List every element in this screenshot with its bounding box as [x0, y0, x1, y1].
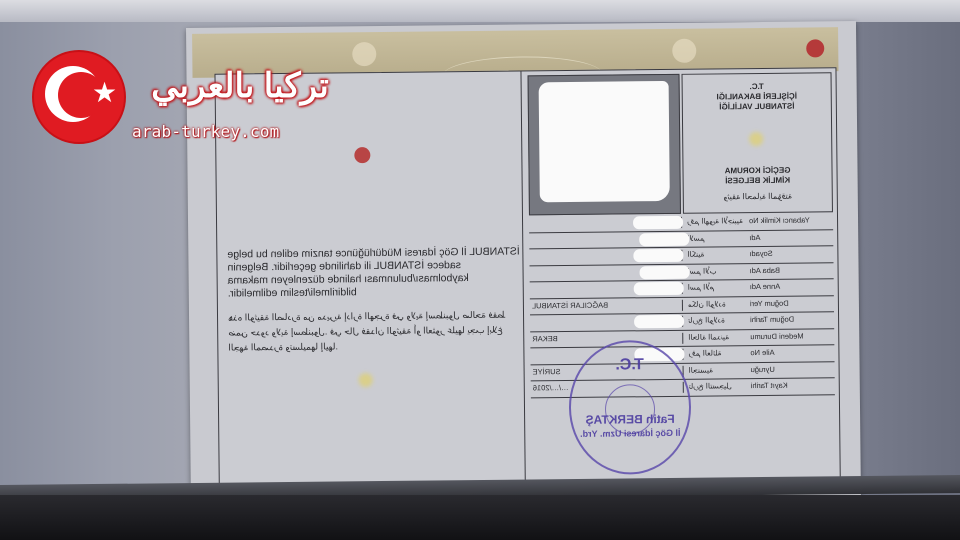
field-label: Kayıt Tarihi — [751, 380, 831, 390]
official-stamp: T.C. Fatih BERKTAŞ İl Göç İdaresi Uzm. Y… — [568, 340, 691, 475]
redaction-mark — [634, 315, 684, 329]
field-label: Yabancı Kimlik No — [749, 215, 829, 225]
field-value: BAĞCILAR İSTANBUL — [532, 299, 683, 312]
wall-top-strip — [0, 0, 960, 22]
redaction-mark — [633, 249, 683, 263]
field-label-arabic: رقم العائلة — [688, 348, 748, 358]
redaction-mark — [639, 232, 689, 246]
red-seal-icon — [806, 39, 824, 57]
title-arabic: وثيقة الحماية المؤقتة — [684, 191, 832, 203]
field-label-arabic: اسم الأب — [688, 266, 748, 276]
field-label-arabic: اسم الأم — [688, 282, 748, 292]
field-label-arabic: رقم الهوية الأجنبية — [687, 216, 747, 226]
stamp-crescent — [605, 384, 656, 435]
field-value: BEKAR — [532, 332, 683, 345]
notice-turkish: İSTANBUL İl Göç İdaresi Müdürlüğünce tan… — [227, 245, 523, 300]
brand-url: arab-turkey.com — [132, 122, 280, 141]
field-label: Aile No — [750, 347, 830, 357]
redaction-mark — [640, 265, 690, 279]
hologram-spot — [749, 132, 763, 146]
notice-arabic: هذه الوثيقة الصادرة من مديرية إدارة الهج… — [228, 307, 523, 355]
field-label: Doğum Tarihi — [750, 314, 830, 324]
field-label-arabic: الكنية — [687, 249, 747, 259]
brand-arabic-title: تركيا بالعربي — [130, 66, 350, 106]
document-frame: İSTANBUL İl Göç İdaresi Müdürlüğünce tan… — [214, 67, 840, 491]
field-label: Anne Adı — [750, 281, 830, 291]
redaction-mark — [633, 216, 683, 230]
photo-redaction — [539, 81, 670, 202]
field-label: Uyruğu — [751, 364, 831, 374]
field-label-arabic: الحالة المدنية — [688, 332, 748, 342]
field-label: Adı — [749, 232, 829, 242]
document-title-box: T.C. İÇİŞLERİ BAKANLIĞI İSTANBUL VALİLİĞ… — [682, 72, 833, 214]
field-label-arabic: تاريخ الولادة — [688, 315, 748, 325]
field-label: Soyadı — [749, 248, 829, 258]
crescent-watermark-icon — [672, 39, 696, 63]
red-seal-icon — [354, 147, 370, 163]
field-label-arabic: مكان الولادة — [688, 299, 748, 309]
header-line3: İSTANBUL VALİLİĞİ — [683, 101, 831, 113]
redaction-mark — [634, 282, 684, 296]
field-label: Medeni Durumu — [750, 331, 830, 341]
star-icon: ★ — [92, 79, 117, 107]
field-label: Baba Adı — [750, 265, 830, 275]
field-label: Doğum Yeri — [750, 298, 830, 308]
field-label-arabic: الاسم — [687, 233, 747, 243]
hologram-spot — [359, 373, 373, 387]
title-line2: KİMLİK BELGESİ — [684, 175, 832, 187]
field-label-arabic: الجنسية — [689, 365, 749, 375]
bottom-shadow — [0, 495, 960, 540]
document-front-panel: T.C. İÇİŞLERİ BAKANLIĞI İSTANBUL VALİLİĞ… — [521, 68, 839, 487]
crescent-watermark-icon — [352, 42, 376, 66]
field-label-arabic: تاريخ التسجيل — [689, 381, 749, 391]
turkish-flag-crescent-star-icon: ★ — [32, 50, 128, 146]
photo-box — [528, 74, 681, 216]
